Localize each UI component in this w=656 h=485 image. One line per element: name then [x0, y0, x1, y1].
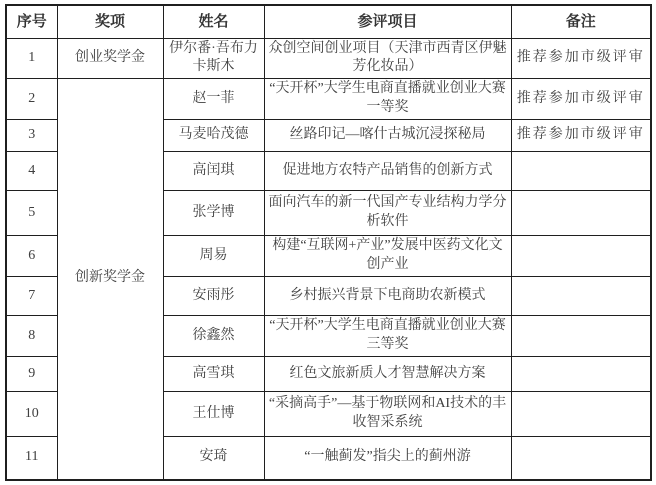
- cell-index: 1: [6, 38, 57, 79]
- cell-remark: [511, 236, 651, 277]
- cell-index: 8: [6, 316, 57, 357]
- cell-name: 周易: [163, 236, 264, 277]
- cell-name: 马麦哈茂德: [163, 120, 264, 152]
- cell-project: “天开杯”大学生电商直播就业创业大赛三等奖: [264, 316, 511, 357]
- table-body: 1 创业奖学金 伊尔番·吾布力卡斯木 众创空间创业项目（天津市西青区伊魅芳化妆品…: [6, 38, 651, 480]
- cell-index: 10: [6, 392, 57, 437]
- document-page: 序号 奖项 姓名 参评项目 备注 1 创业奖学金 伊尔番·吾布力卡斯木 众创空间…: [0, 0, 656, 485]
- col-header-project: 参评项目: [264, 5, 511, 38]
- cell-project: 促进地方农特产品销售的创新方式: [264, 152, 511, 191]
- cell-remark: [511, 191, 651, 236]
- cell-project: 面向汽车的新一代国产专业结构力学分析软件: [264, 191, 511, 236]
- cell-project: 红色文旅新质人才智慧解决方案: [264, 357, 511, 392]
- cell-index: 4: [6, 152, 57, 191]
- cell-name: 张学博: [163, 191, 264, 236]
- cell-index: 5: [6, 191, 57, 236]
- table-row: 2 创新奖学金 赵一菲 “天开杯”大学生电商直播就业创业大赛一等奖 推荐参加市级…: [6, 79, 651, 120]
- cell-index: 7: [6, 277, 57, 316]
- cell-index: 6: [6, 236, 57, 277]
- cell-remark: [511, 152, 651, 191]
- cell-remark: 推荐参加市级评审: [511, 120, 651, 152]
- cell-name: 徐鑫然: [163, 316, 264, 357]
- cell-award-group: 创业奖学金: [57, 38, 163, 79]
- cell-remark: [511, 392, 651, 437]
- cell-project: “一触蓟发”指尖上的蓟州游: [264, 437, 511, 480]
- cell-project: “采摘高手”—基于物联网和AI技术的丰收智采系统: [264, 392, 511, 437]
- cell-name: 高雪琪: [163, 357, 264, 392]
- cell-name: 王仕博: [163, 392, 264, 437]
- table-header: 序号 奖项 姓名 参评项目 备注: [6, 5, 651, 38]
- col-header-index: 序号: [6, 5, 57, 38]
- cell-index: 3: [6, 120, 57, 152]
- cell-name: 伊尔番·吾布力卡斯木: [163, 38, 264, 79]
- header-row: 序号 奖项 姓名 参评项目 备注: [6, 5, 651, 38]
- cell-project: 乡村振兴背景下电商助农新模式: [264, 277, 511, 316]
- cell-name: 赵一菲: [163, 79, 264, 120]
- cell-remark: 推荐参加市级评审: [511, 38, 651, 79]
- cell-project: 众创空间创业项目（天津市西青区伊魅芳化妆品）: [264, 38, 511, 79]
- cell-project: 丝路印记—喀什古城沉浸探秘局: [264, 120, 511, 152]
- cell-name: 高闰琪: [163, 152, 264, 191]
- col-header-remark: 备注: [511, 5, 651, 38]
- table-row: 1 创业奖学金 伊尔番·吾布力卡斯木 众创空间创业项目（天津市西青区伊魅芳化妆品…: [6, 38, 651, 79]
- cell-remark: [511, 437, 651, 480]
- cell-remark: [511, 277, 651, 316]
- cell-project: “天开杯”大学生电商直播就业创业大赛一等奖: [264, 79, 511, 120]
- award-table: 序号 奖项 姓名 参评项目 备注 1 创业奖学金 伊尔番·吾布力卡斯木 众创空间…: [5, 4, 652, 481]
- col-header-name: 姓名: [163, 5, 264, 38]
- col-header-award: 奖项: [57, 5, 163, 38]
- cell-index: 11: [6, 437, 57, 480]
- cell-remark: [511, 316, 651, 357]
- cell-award-group: 创新奖学金: [57, 79, 163, 480]
- cell-remark: 推荐参加市级评审: [511, 79, 651, 120]
- cell-index: 2: [6, 79, 57, 120]
- cell-index: 9: [6, 357, 57, 392]
- cell-name: 安雨彤: [163, 277, 264, 316]
- cell-project: 构建“互联网+产业”发展中医药文化文创产业: [264, 236, 511, 277]
- cell-remark: [511, 357, 651, 392]
- cell-name: 安琦: [163, 437, 264, 480]
